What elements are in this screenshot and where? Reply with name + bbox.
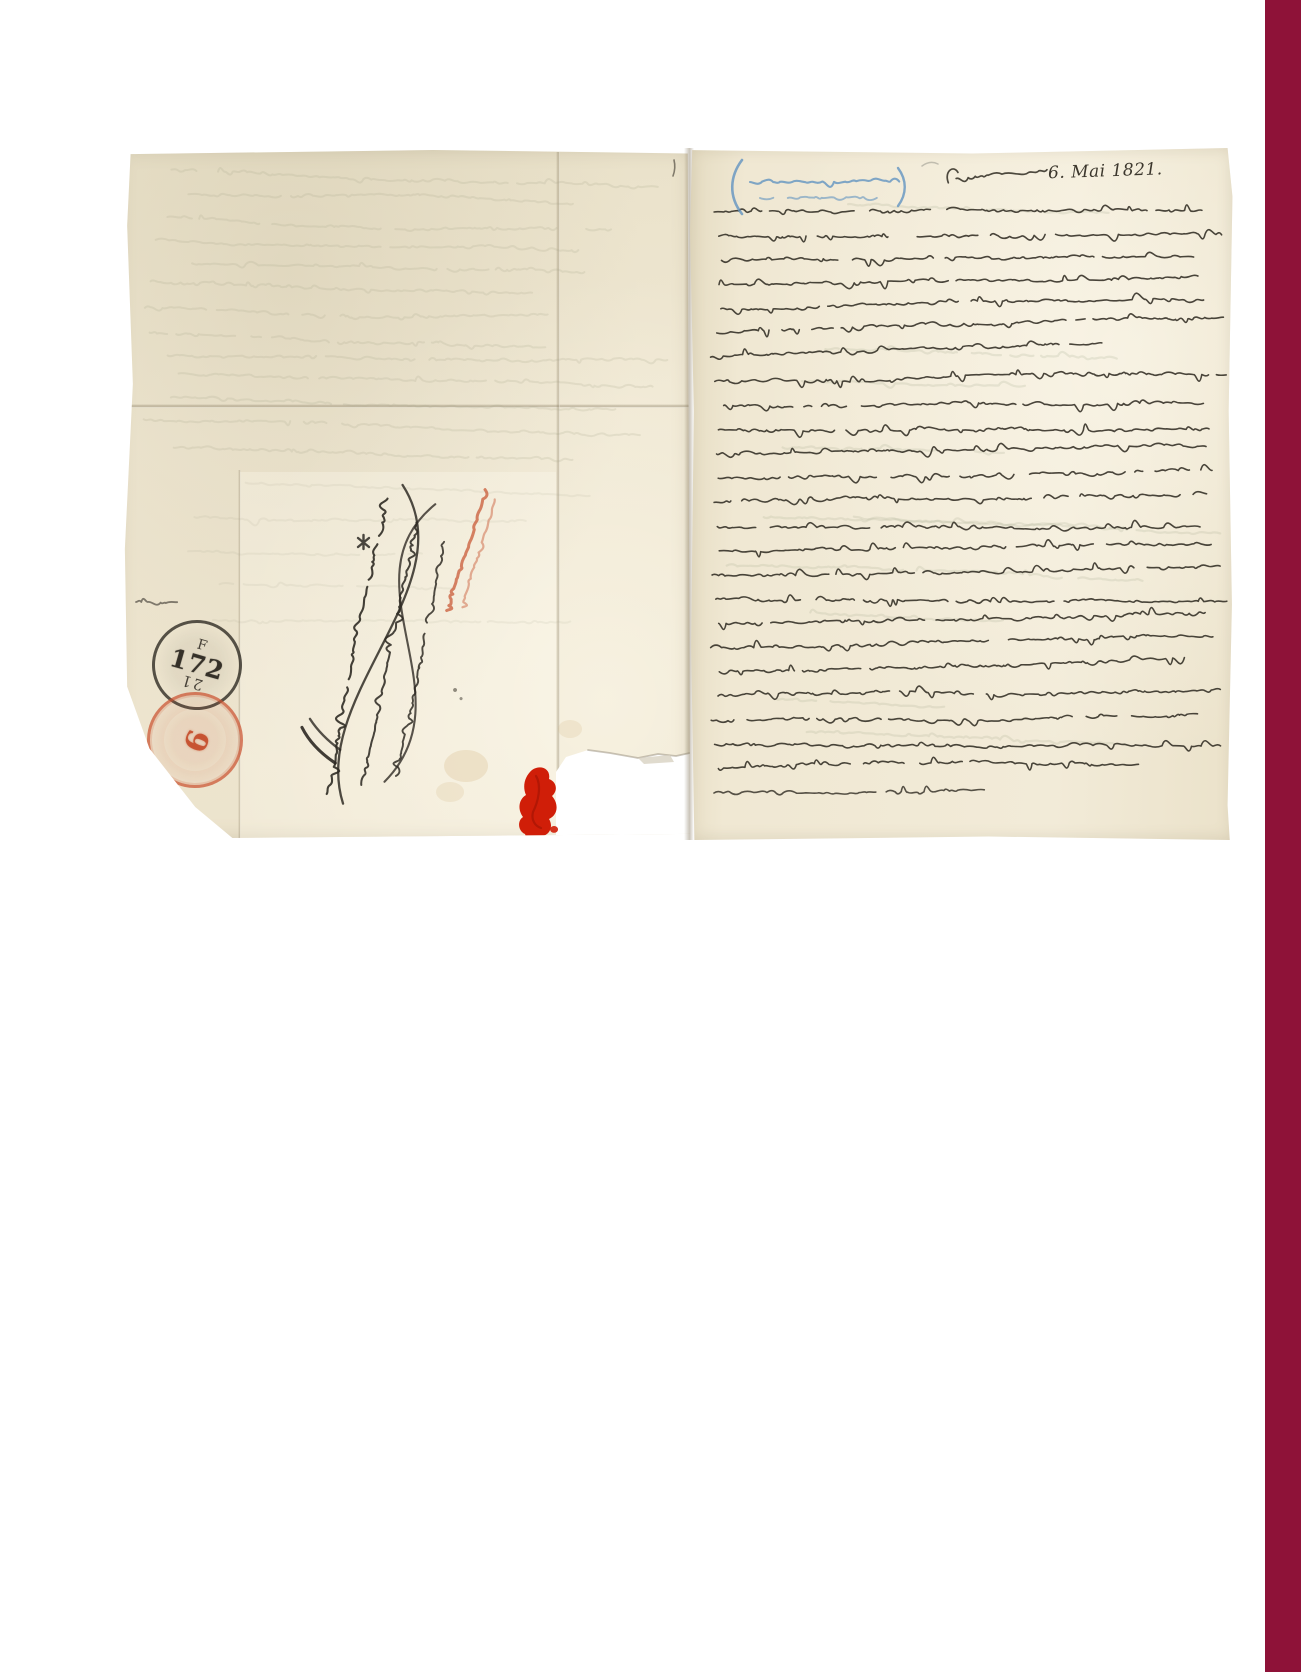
postmark-bottom-number: 21 xyxy=(179,673,205,693)
letter-scan: F 172 21 9 6. Mai 1821. xyxy=(0,0,1301,1672)
right-page-ink-layer xyxy=(690,148,1233,840)
dateline-place-script xyxy=(939,155,1050,193)
dateline-date: 6. Mai 1821. xyxy=(1048,159,1163,183)
letter-left-page: F 172 21 9 xyxy=(118,150,690,838)
letter-right-page: 6. Mai 1821. xyxy=(690,148,1233,840)
datestamp-numeral: 9 xyxy=(175,724,215,756)
scan-page: F 172 21 9 6. Mai 1821. xyxy=(0,0,1301,1672)
maroon-spine-bar xyxy=(1265,0,1301,1672)
